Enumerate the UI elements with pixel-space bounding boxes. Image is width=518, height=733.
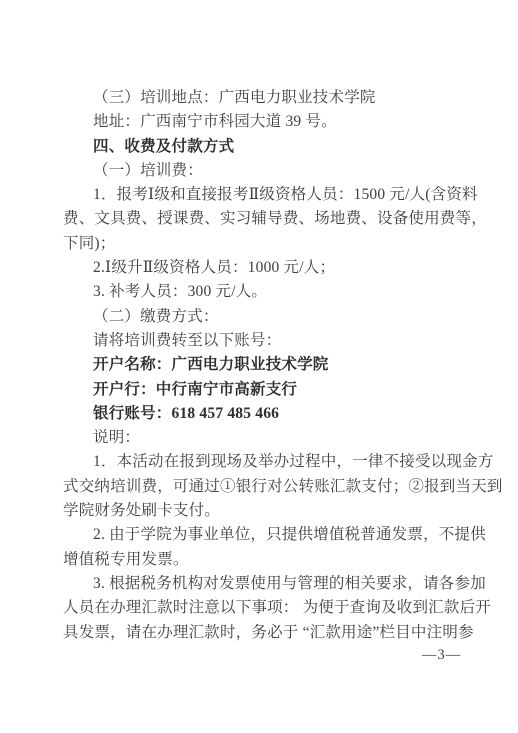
doc-line: 增值税专用发票。 — [63, 548, 483, 572]
doc-line: 3. 补考人员：300 元/人。 — [63, 280, 483, 304]
doc-line: （一）培训费： — [63, 159, 483, 183]
doc-line: 学院财务处刷卡支付。 — [63, 499, 483, 523]
doc-line: 1．本活动在报到现场及举办过程中，一律不接受以现金方 — [63, 450, 483, 474]
doc-line: 银行账号：618 457 485 466 — [63, 402, 483, 426]
doc-line: 费、文具费、授课费、实习辅导费、场地费、设备使用费等， — [63, 207, 483, 231]
doc-line: 下同)； — [63, 232, 483, 256]
doc-line: 地址：广西南宁市科园大道 39 号。 — [63, 110, 483, 134]
doc-line: 四、收费及付款方式 — [63, 135, 483, 159]
doc-line: （三）培训地点：广西电力职业技术学院 — [63, 86, 483, 110]
doc-line: 2.Ⅰ级升Ⅱ级资格人员：1000 元/人； — [63, 256, 483, 280]
doc-line: 1．报考Ⅰ级和直接报考Ⅱ级资格人员：1500 元/人(含资料 — [63, 183, 483, 207]
doc-line: 请将培训费转至以下账号： — [63, 329, 483, 353]
doc-line: 式交纳培训费，可通过①银行对公转账汇款支付；②报到当天到 — [63, 475, 483, 499]
doc-line: （二）缴费方式： — [63, 305, 483, 329]
page-number: —3— — [422, 647, 461, 664]
document-page: （三）培训地点：广西电力职业技术学院地址：广西南宁市科园大道 39 号。四、收费… — [0, 0, 518, 733]
document-body: （三）培训地点：广西电力职业技术学院地址：广西南宁市科园大道 39 号。四、收费… — [63, 86, 483, 645]
doc-line: 3. 根据税务机构对发票使用与管理的相关要求，请各参加 — [63, 572, 483, 596]
doc-line: 人员在办理汇款时注意以下事项： 为便于查询及收到汇款后开 — [63, 596, 483, 620]
doc-line: 说明： — [63, 426, 483, 450]
doc-line: 2. 由于学院为事业单位，只提供增值税普通发票，不提供 — [63, 523, 483, 547]
doc-line: 开户名称：广西电力职业技术学院 — [63, 353, 483, 377]
doc-line: 开户行：中行南宁市高新支行 — [63, 378, 483, 402]
doc-line: 具发票，请在办理汇款时，务必于 “汇款用途”栏目中注明参 — [63, 621, 483, 645]
